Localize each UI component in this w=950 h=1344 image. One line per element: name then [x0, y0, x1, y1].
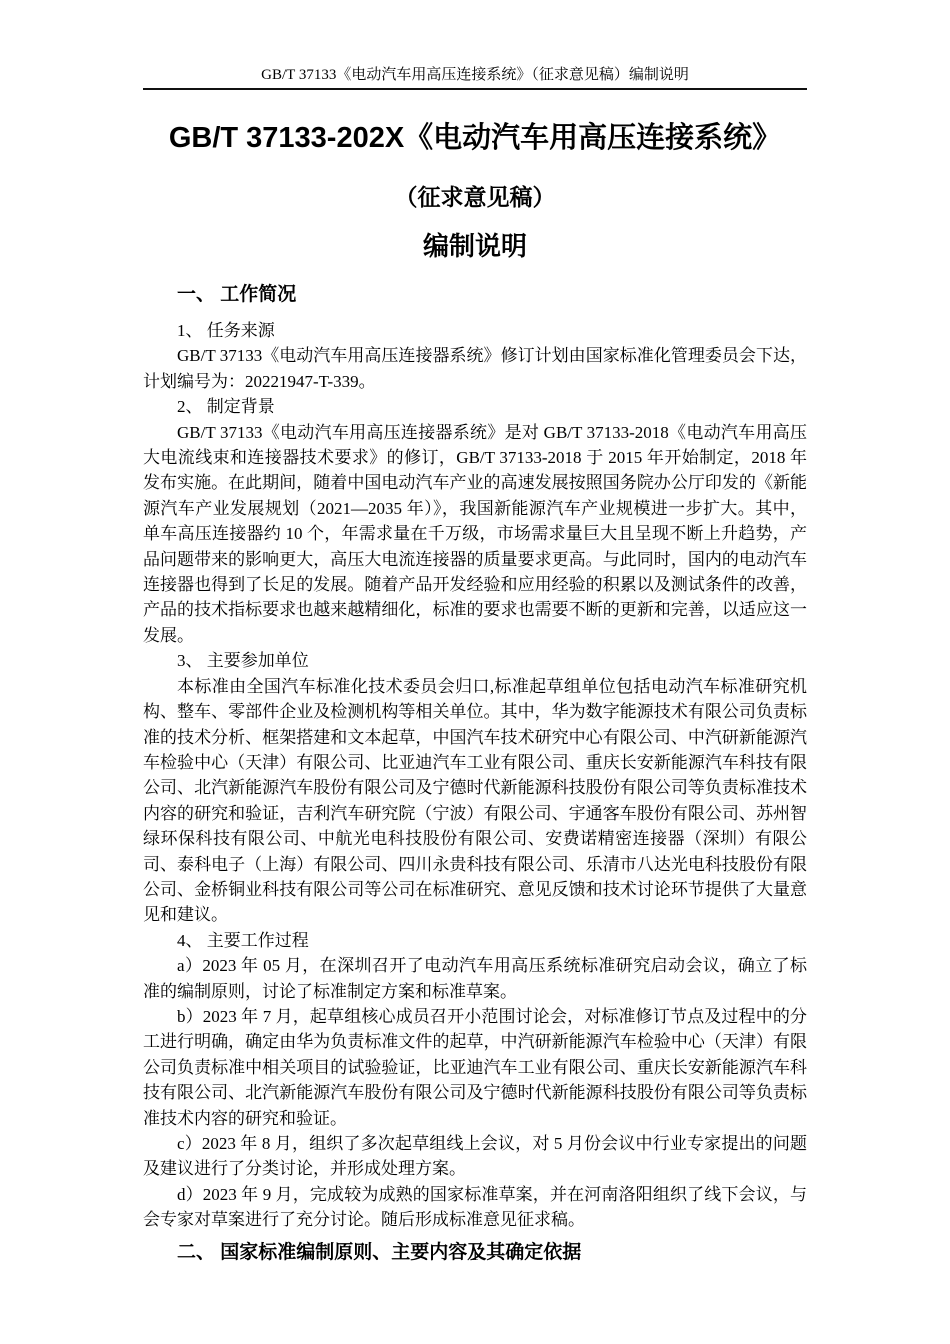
para-background: GB/T 37133《电动汽车用高压连接器系统》是对 GB/T 37133-20… — [143, 420, 807, 649]
para-participants: 本标准由全国汽车标准化技术委员会归口,标准起草组单位包括电动汽车标准研究机构、整… — [143, 674, 807, 928]
header-rule — [143, 88, 807, 90]
para-task-source: GB/T 37133《电动汽车用高压连接器系统》修订计划由国家标准化管理委员会下… — [143, 343, 807, 394]
item-3-participants: 3、 主要参加单位 — [143, 648, 807, 673]
item-4-work-process: 4、 主要工作过程 — [143, 928, 807, 953]
section-1-body: 1、 任务来源 GB/T 37133《电动汽车用高压连接器系统》修订计划由国家标… — [143, 318, 807, 1233]
page-content: GB/T 37133《电动汽车用高压连接系统》（征求意见稿）编制说明 GB/T … — [143, 0, 807, 1265]
document-draft-label: （征求意见稿） — [143, 182, 807, 212]
item-2-background: 2、 制定背景 — [143, 394, 807, 419]
item-1-task-source: 1、 任务来源 — [143, 318, 807, 343]
para-process-d: d）2023 年 9 月，完成较为成熟的国家标准草案，并在河南洛阳组织了线下会议… — [143, 1182, 807, 1233]
section-1-heading: 一、 工作简况 — [143, 283, 807, 307]
para-process-c: c）2023 年 8 月，组织了多次起草组线上会议，对 5 月份会议中行业专家提… — [143, 1131, 807, 1182]
document-title: GB/T 37133-202X《电动汽车用高压连接系统》 — [143, 122, 807, 155]
document-type-title: 编制说明 — [143, 230, 807, 262]
running-header: GB/T 37133《电动汽车用高压连接系统》（征求意见稿）编制说明 — [143, 0, 807, 84]
document-page: GB/T 37133《电动汽车用高压连接系统》（征求意见稿）编制说明 GB/T … — [0, 0, 950, 1344]
para-process-a: a）2023 年 05 月，在深圳召开了电动汽车用高压系统标准研究启动会议，确立… — [143, 953, 807, 1004]
page-number: 1 — [0, 1248, 950, 1264]
para-process-b: b）2023 年 7 月，起草组核心成员召开小范围讨论会，对标准修订节点及过程中… — [143, 1004, 807, 1131]
